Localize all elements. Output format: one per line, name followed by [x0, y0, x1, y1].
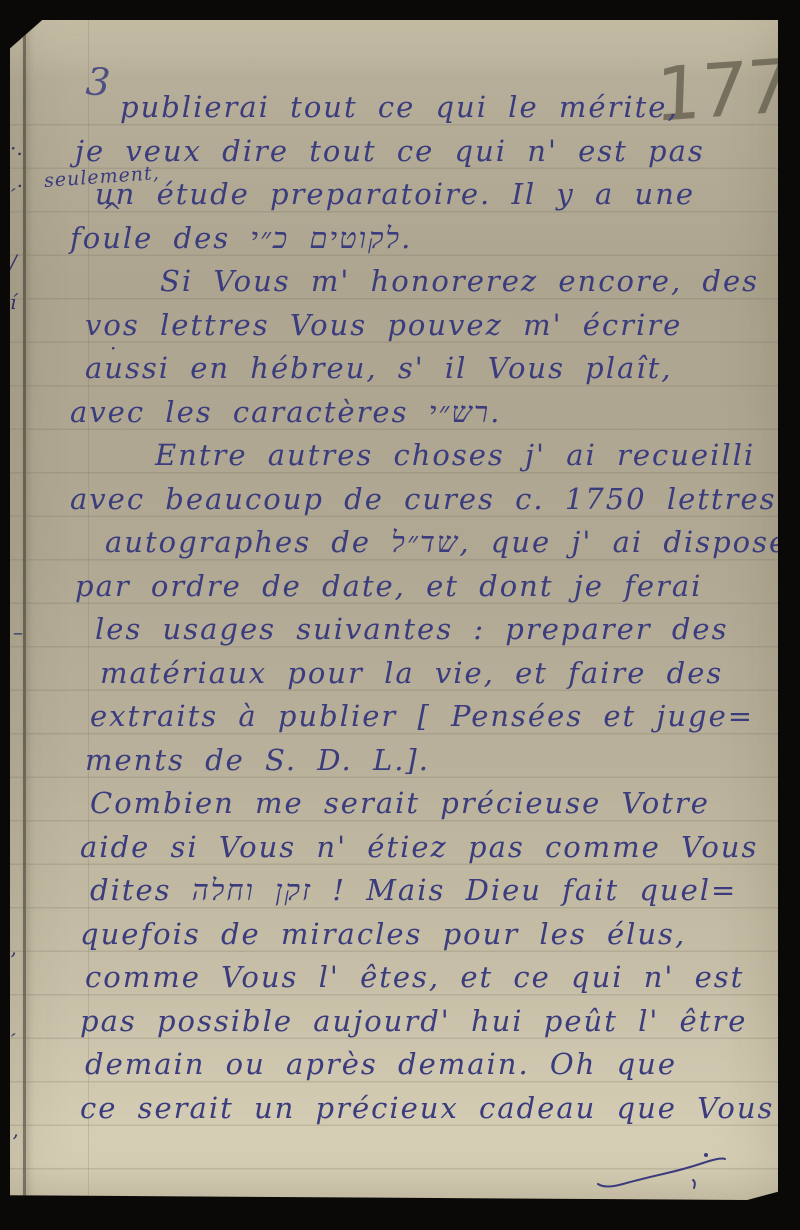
- letter-line: vos lettres Vous pouvez m' écrire: [85, 304, 774, 348]
- margin-ink-fragment: ’: [10, 950, 16, 970]
- letter-line: autographes de שד״ל, que j' ai disposé: [105, 521, 774, 565]
- letter-line: dites זקן וחלה ! Mais Dieu fait quel=: [90, 869, 774, 913]
- letter-line: par ordre de date, et dont je ferai: [75, 565, 774, 609]
- margin-ink-fragment: í: [10, 292, 16, 312]
- margin-ink-fragment: ’: [12, 1132, 18, 1152]
- letter-line: pas possible aujourd' hui peût l' être: [80, 1000, 774, 1044]
- margin-ink-fragment: ˏ.: [10, 170, 23, 190]
- letter-line: un étude preparatoire. Il y a une: [95, 173, 774, 217]
- letter-line: demain ou après demain. Oh que: [85, 1043, 774, 1087]
- margin-ink-fragment: –: [13, 622, 23, 642]
- page-gutter-edge: [23, 20, 26, 1200]
- margin-ink-fragment: ·.: [10, 138, 23, 158]
- letter-line: Si Vous m' honorerez encore, des: [160, 260, 774, 304]
- manuscript-page: 3 177 seulement, ^ publierai tout ce qui…: [10, 20, 778, 1200]
- letter-line: ments de S. D. L.].: [85, 739, 774, 783]
- letter-line: comme Vous l' êtes, et ce qui n' est: [85, 956, 774, 1000]
- letter-line: avec les caractères רש״י.: [70, 391, 774, 435]
- letter-body: publierai tout ce qui le mérite,je veux …: [68, 86, 774, 1130]
- letter-line: publierai tout ce qui le mérite,: [120, 86, 774, 130]
- letter-line: matériaux pour la vie, et faire des: [100, 652, 774, 696]
- letter-line: les usages suivantes : preparer des: [95, 608, 774, 652]
- letter-line: aide si Vous n' étiez pas comme Vous: [80, 826, 774, 870]
- letter-line: avec beaucoup de cures c. 1750 lettres: [70, 478, 774, 522]
- letter-line: quefois de miracles pour les élus,: [80, 913, 774, 957]
- margin-ink-fragment: ·: [110, 338, 116, 358]
- letter-line: ce serait un précieux cadeau que Vous: [80, 1087, 774, 1131]
- letter-line: Combien me serait précieuse Votre: [90, 782, 774, 826]
- letter-line: foule des לקוטים כ״י.: [70, 217, 774, 261]
- photograph-background: { "page": { "page_number": "3", "folio_n…: [0, 0, 800, 1230]
- letter-line: extraits à publier [ Pensées et juge=: [90, 695, 774, 739]
- margin-ink-fragment: ∕: [10, 252, 17, 272]
- letter-line: je veux dire tout ce qui n' est pas: [75, 130, 774, 174]
- letter-line: aussi en hébreu, s' il Vous plaît,: [85, 347, 774, 391]
- margin-ink-fragment: ˏ: [10, 1015, 17, 1035]
- letter-line: Entre autres choses j' ai recueilli: [155, 434, 774, 478]
- flourish-icon: [593, 1152, 731, 1198]
